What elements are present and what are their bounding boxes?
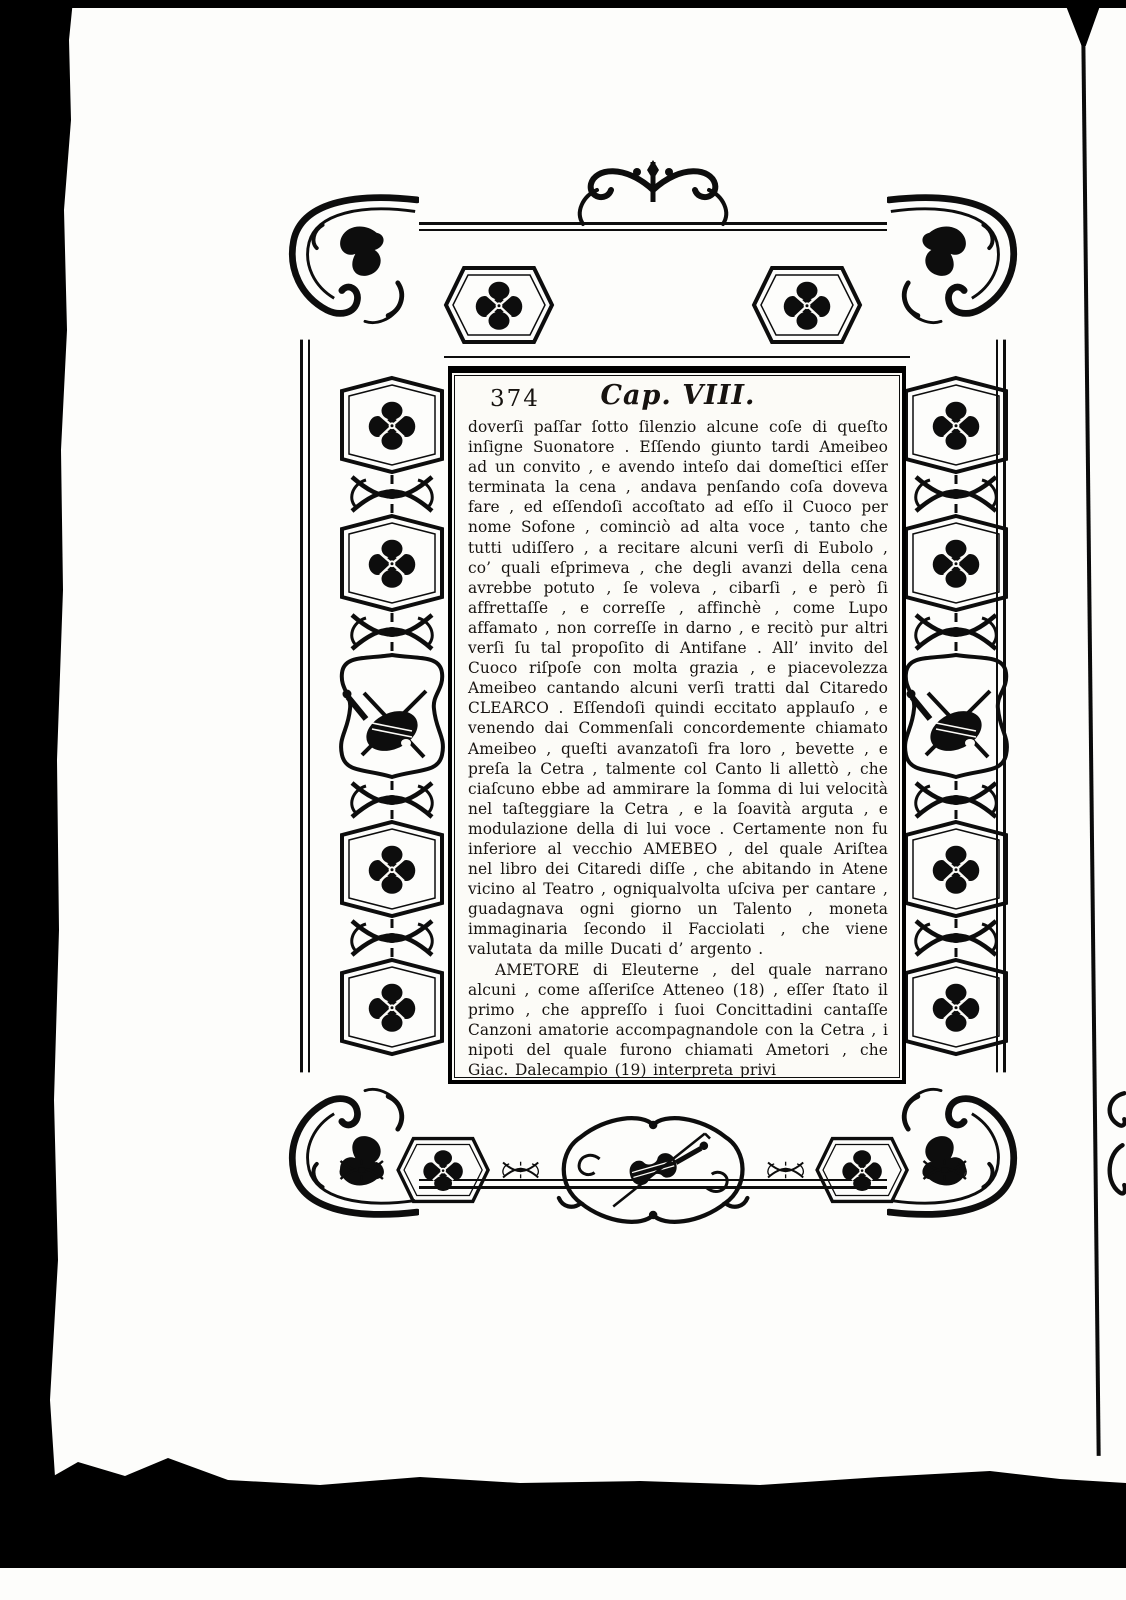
ribbon-knot-icon xyxy=(336,613,448,651)
body-paragraph-1: doverſi paſſar ſotto ſilenzio alcune coſ… xyxy=(468,417,888,960)
page-number: 374 xyxy=(490,386,540,412)
rosette-panel xyxy=(900,957,1012,1057)
rosette-panel xyxy=(336,957,448,1057)
rosette-panel xyxy=(900,375,1012,475)
ribbon-knot-icon xyxy=(496,1153,545,1187)
scan-bottom-edge xyxy=(0,1452,1126,1568)
ribbon-knot-icon xyxy=(336,475,448,513)
rosette-panel-top-right xyxy=(748,260,866,350)
acanthus-scroll-icon xyxy=(284,190,419,340)
scan-left-edge xyxy=(0,0,80,1492)
rosette-panel-bottom-right xyxy=(812,1125,912,1215)
mandolin-medallion xyxy=(900,651,1012,781)
violin-and-bow-cartouche xyxy=(547,1095,759,1245)
rosette-panel xyxy=(336,513,448,613)
frame-rule-left-inner xyxy=(308,270,310,1150)
rosette-panel xyxy=(900,513,1012,613)
mandolin-medallion xyxy=(336,651,448,781)
book-spine-shadow xyxy=(1066,6,1100,46)
text-box-inner: 374 Cap. VIII. doverſi paſſar ſotto ſile… xyxy=(454,375,900,1078)
ribbon-knot-icon xyxy=(900,919,1012,957)
ribbon-knot-icon xyxy=(336,781,448,819)
ribbon-knot-icon xyxy=(900,781,1012,819)
rosette-panel xyxy=(900,819,1012,919)
ribbon-knot-icon xyxy=(900,475,1012,513)
chapter-heading: Cap. VIII. xyxy=(601,380,756,411)
scan-top-edge xyxy=(0,0,1126,8)
acanthus-scroll-icon xyxy=(887,190,1022,340)
ribbon-knot-icon xyxy=(332,1153,391,1187)
book-spine-line xyxy=(1081,8,1101,1456)
textbox-outer-rule xyxy=(444,356,910,358)
frame-right-column xyxy=(900,375,1012,1065)
acanthus-crown-icon xyxy=(553,156,753,236)
rosette-panel-top-left xyxy=(440,260,558,350)
frame-rule-left xyxy=(300,270,303,1150)
rosette-panel xyxy=(336,819,448,919)
page-header: 374 Cap. VIII. xyxy=(468,380,888,417)
ribbon-knot-icon xyxy=(336,919,448,957)
corner-scroll-top-right xyxy=(887,190,1022,344)
crown-ornament xyxy=(553,156,753,236)
ribbon-knot-icon xyxy=(915,1153,974,1187)
ribbon-knot-icon xyxy=(900,613,1012,651)
text-box: 374 Cap. VIII. doverſi paſſar ſotto ſile… xyxy=(448,366,906,1084)
frame-bottom-band xyxy=(332,1090,974,1250)
ribbon-knot-icon xyxy=(761,1153,810,1187)
scanned-book-page: 374 Cap. VIII. doverſi paſſar ſotto ſile… xyxy=(0,0,1126,1600)
rosette-panel xyxy=(336,375,448,475)
body-paragraph-2: AMETORE di Eleuterne , del quale narrano… xyxy=(468,960,888,1078)
frame-left-column xyxy=(336,375,448,1065)
rosette-panel-bottom-left xyxy=(393,1125,493,1215)
facing-page-ornament-fragment xyxy=(1100,1078,1126,1228)
corner-scroll-top-left xyxy=(284,190,419,344)
